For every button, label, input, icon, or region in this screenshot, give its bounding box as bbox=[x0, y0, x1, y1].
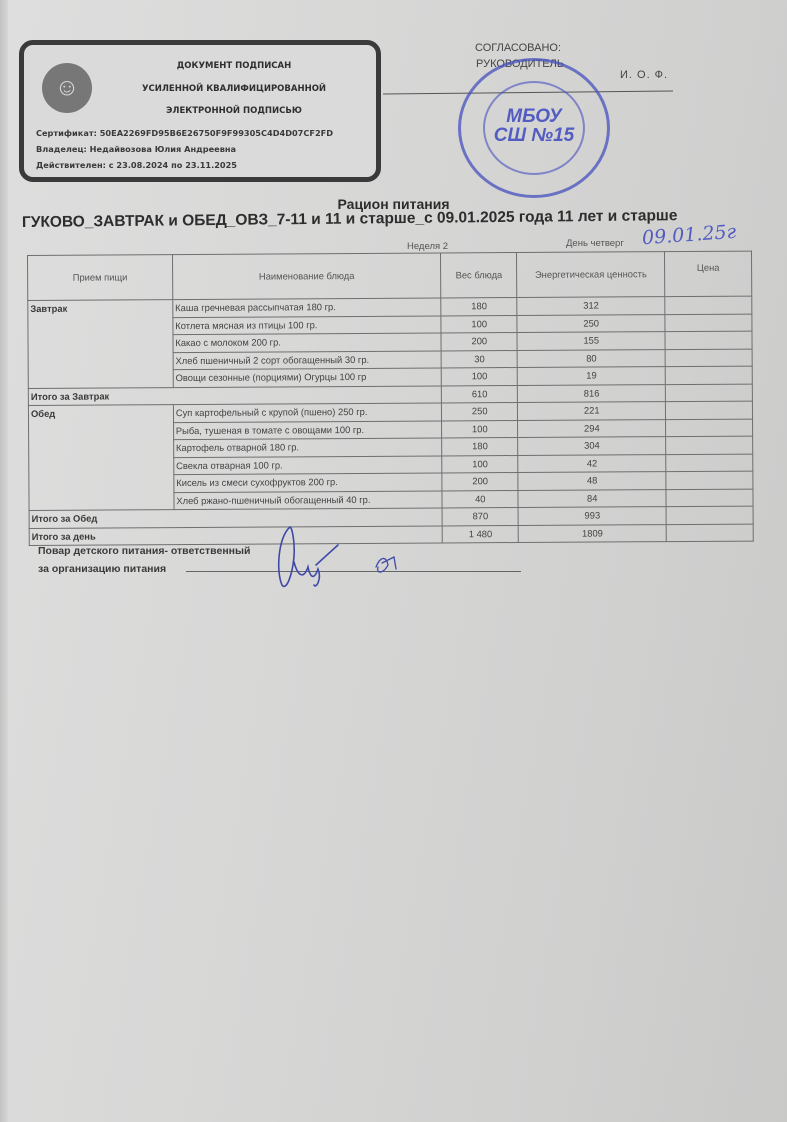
dish-price bbox=[665, 296, 752, 314]
dish-name: Хлеб пшеничный 2 сорт обогащенный 30 гр. bbox=[173, 350, 442, 369]
certificate-validity: Действителен: с 23.08.2024 по 23.11.2025 bbox=[36, 160, 237, 170]
dish-weight: 100 bbox=[442, 420, 518, 438]
dish-energy: 294 bbox=[518, 419, 666, 437]
dish-price bbox=[666, 401, 753, 419]
dish-energy: 84 bbox=[518, 489, 666, 507]
breakfast-total-weight: 610 bbox=[442, 385, 518, 403]
header-dish: Наименование блюда bbox=[172, 253, 441, 300]
certificate-owner: Владелец: Недайвозова Юлия Андреевна bbox=[36, 144, 236, 154]
lunch-total-price bbox=[666, 506, 753, 524]
week-label: Неделя 2 bbox=[407, 241, 448, 252]
meal-breakfast: Завтрак bbox=[28, 300, 173, 388]
dish-name: Рыба, тушеная в томате с овощами 100 гр. bbox=[173, 420, 442, 439]
approval-name: И. О. Ф. bbox=[620, 69, 668, 81]
dish-name: Какао с молоком 200 гр. bbox=[173, 333, 442, 352]
dish-energy: 312 bbox=[517, 297, 665, 315]
dish-price bbox=[665, 314, 752, 332]
lunch-total-weight: 870 bbox=[442, 508, 518, 526]
dish-price bbox=[666, 419, 753, 437]
emblem-icon: ☺ bbox=[42, 63, 92, 113]
dish-name: Каша гречневая рассыпчатая 180 гр. bbox=[173, 298, 442, 317]
school-stamp: МБОУ СШ №15 bbox=[458, 58, 610, 198]
dish-energy: 48 bbox=[518, 472, 666, 490]
esig-heading-line1: ДОКУМЕНТ ПОДПИСАН bbox=[114, 61, 354, 71]
dish-energy: 19 bbox=[518, 367, 666, 385]
menu-table: Прием пищи Наименование блюда Вес блюда … bbox=[27, 251, 754, 546]
day-label: День четверг bbox=[566, 238, 624, 249]
dish-weight: 100 bbox=[441, 368, 517, 386]
handwritten-signature bbox=[268, 517, 418, 592]
stamp-text-line2: СШ №15 bbox=[461, 125, 607, 147]
table-header-row: Прием пищи Наименование блюда Вес блюда … bbox=[28, 251, 752, 300]
dish-name: Хлеб ржано-пшеничный обогащенный 40 гр. bbox=[174, 490, 443, 509]
dish-weight: 200 bbox=[442, 473, 518, 491]
dish-price bbox=[665, 349, 752, 367]
dish-weight: 100 bbox=[442, 455, 518, 473]
dish-price bbox=[666, 454, 753, 472]
header-energy: Энергетическая ценность bbox=[517, 252, 665, 298]
dish-weight: 100 bbox=[441, 315, 517, 333]
dish-price bbox=[665, 331, 752, 349]
esig-heading-line2: УСИЛЕННОЙ КВАЛИФИЦИРОВАННОЙ bbox=[114, 84, 354, 94]
dish-energy: 155 bbox=[517, 332, 665, 350]
dish-energy: 221 bbox=[518, 402, 666, 420]
dish-price bbox=[665, 366, 752, 384]
dish-weight: 250 bbox=[442, 403, 518, 421]
breakfast-total-energy: 816 bbox=[518, 384, 666, 402]
dish-weight: 180 bbox=[442, 438, 518, 456]
header-weight: Вес блюда bbox=[441, 253, 517, 298]
esig-heading-line3: ЭЛЕКТРОННОЙ ПОДПИСЬЮ bbox=[114, 106, 354, 116]
dish-name: Котлета мясная из птицы 100 гр. bbox=[173, 315, 442, 334]
dish-energy: 80 bbox=[517, 349, 665, 367]
cook-title-line1: Повар детского питания- ответственный bbox=[38, 545, 250, 557]
dish-price bbox=[666, 489, 753, 507]
dish-weight: 30 bbox=[441, 350, 517, 368]
dish-name: Суп картофельный с крупой (пшено) 250 гр… bbox=[173, 403, 442, 422]
dish-name: Картофель отварной 180 гр. bbox=[173, 438, 442, 457]
dish-name: Свекла отварная 100 гр. bbox=[174, 455, 443, 474]
dish-name: Овощи сезонные (порциями) Огурцы 100 гр bbox=[173, 368, 442, 387]
certificate-number: Сертификат: 50EA2269FD95B6E26750F9F99305… bbox=[36, 128, 333, 138]
page-edge bbox=[0, 0, 8, 1122]
electronic-signature-box: ☺ ДОКУМЕНТ ПОДПИСАН УСИЛЕННОЙ КВАЛИФИЦИР… bbox=[19, 40, 381, 182]
dish-price bbox=[666, 436, 753, 454]
meal-lunch: Обед bbox=[28, 405, 173, 511]
day-total-energy: 1809 bbox=[518, 524, 666, 542]
dish-weight: 40 bbox=[442, 490, 518, 508]
header-price: Цена bbox=[665, 251, 752, 297]
dish-name: Кисель из смеси сухофруктов 200 гр. bbox=[174, 473, 443, 492]
dish-energy: 304 bbox=[518, 437, 666, 455]
dish-weight: 180 bbox=[441, 298, 517, 316]
dish-price bbox=[666, 471, 753, 489]
cook-title-line2: за организацию питания bbox=[38, 563, 166, 575]
lunch-total-energy: 993 bbox=[518, 507, 666, 525]
day-total-price bbox=[666, 524, 753, 542]
dish-energy: 250 bbox=[517, 314, 665, 332]
header-meal: Прием пищи bbox=[28, 255, 173, 301]
dish-energy: 42 bbox=[518, 454, 666, 472]
breakfast-total-price bbox=[665, 384, 752, 402]
approval-label: СОГЛАСОВАНО: bbox=[475, 42, 561, 54]
dish-weight: 200 bbox=[441, 333, 517, 351]
day-total-weight: 1 480 bbox=[442, 525, 518, 543]
